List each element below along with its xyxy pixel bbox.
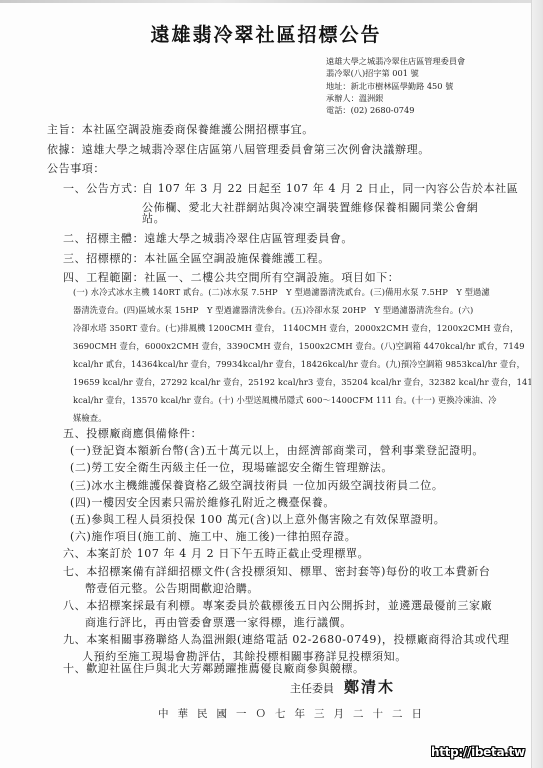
- item-four-detail-5: kcal/hr 貳台，14364kcal/hr 壹台，79934kcal/hr …: [73, 358, 525, 370]
- item-four-detail-3: 冷卻水塔 350RT 壹台。(七)排風機 1200CMH 壹台， 1140CMH…: [73, 322, 519, 334]
- document-date: 中華民國一Ｏ七年三月二十二日: [158, 706, 431, 721]
- subject-line: 主旨：本社區空調設施委商保養維護公開招標事宜。: [47, 121, 314, 137]
- condition-5: (五)參與工程人員須投保 100 萬元(含)以上意外傷害險之有效保單證明。: [70, 511, 445, 527]
- item-eight-line-1: 八、本招標案採最有利標。專案委員於截標後五日內公開拆封，並遴選最優前三家廠: [63, 597, 492, 613]
- item-eight-line-2: 商進行評比，再由管委會票選一家得標，進行議價。: [85, 614, 352, 630]
- item-one-label: 一、公告方式：: [63, 180, 144, 196]
- issuer-doc-number: 翡冷翠(八)招字第 001 號: [326, 67, 465, 79]
- item-four-detail-4: 3690CMH 壹台，6000x2CMH 壹台，3390CMH 壹台，1500x…: [73, 340, 525, 352]
- item-ten: 十、歡迎社區住戶與北大芳鄰踴躍推薦優良廠商參與競標。: [63, 660, 365, 676]
- item-four-detail-2: 器清洗壹台。(四)區域水泵 15HP Y 型過濾器清洗參台。(五)冷卻水泵 20…: [73, 304, 473, 316]
- item-six: 六、本案訂於 107 年 4 月 2 日下午五時正截止受理標單。: [63, 545, 369, 561]
- signature-name: 鄭清木: [344, 678, 395, 696]
- item-five: 五、投標廠商應俱備條件：: [63, 425, 202, 441]
- document-page: 遠雄翡冷翠社區招標公告 遠雄大學之城翡冷翠住店區管理委員會 翡冷翠(八)招字第 …: [0, 0, 532, 768]
- item-one-line-1: 自 107 年 3 月 22 日起至 107 年 4 月 2 日止，同一內容公告…: [142, 180, 518, 196]
- condition-1: (一)登記資本額新台幣(含)五十萬元以上，由經濟部商業司，營利事業登記證明。: [70, 442, 484, 458]
- condition-2: (二)勞工安全衛生丙級主任一位，現場確認安全衛生管理辦法。: [70, 459, 393, 475]
- item-one-line-2: 公佈欄、愛北大社群網站與冷凍空調裝置維修保養相關同業公會網: [142, 199, 478, 215]
- signature-role: 主任委員: [290, 682, 334, 695]
- condition-3: (三)冰水主機維護保養資格乙級空調技術員 一位加丙級空調技術員二位。: [70, 477, 443, 493]
- item-one-line-3: 站。: [142, 210, 165, 226]
- watermark-link: http://ibeta.tw: [431, 745, 525, 759]
- issuer-contact-person: 承辦人：溫洲銀: [326, 92, 465, 104]
- issuer-address: 地址：新北市樹林區學勤路 450 號: [326, 80, 465, 92]
- item-nine-line-1: 九、本案相關事務聯絡人為溫洲銀(連絡電話 02-2680-0749)，投標廠商得…: [63, 631, 510, 647]
- condition-6: (六)施作項目(施工前、施工中、施工後)一律拍照存證。: [70, 528, 356, 544]
- condition-4: (四)一樓因安全因素只需於維修孔附近之機臺保養。: [70, 494, 335, 510]
- signature-block: 主任委員鄭清木: [290, 676, 395, 697]
- item-four-detail-8: 媒檢查。: [73, 412, 107, 424]
- item-seven-line-2: 幣壹佰元整。公告期間歡迎洽購。: [85, 580, 259, 596]
- item-four-detail-1: (一) 水冷式冰水主機 140RT 貳台。(二)冰水泵 7.5HP Y 型過濾器…: [73, 286, 490, 298]
- item-four: 四、工程範圍：社區一、二樓公共空間所有空調設施。項目如下：: [63, 269, 399, 285]
- issuer-organization: 遠雄大學之城翡冷翠住店區管理委員會: [326, 55, 465, 67]
- scan-edge: [0, 0, 543, 3]
- item-seven-line-1: 七、本招標案備有詳細招標文件(含投標須知、標單、密封套等)每份的收工本費新台: [63, 563, 490, 579]
- issuer-block: 遠雄大學之城翡冷翠住店區管理委員會 翡冷翠(八)招字第 001 號 地址：新北市…: [326, 55, 465, 116]
- item-four-detail-7: kcal/hr 壹台，13570 kcal/hr 壹台。(十) 小型送風機吊隱式…: [73, 394, 497, 406]
- notice-heading: 公告事項：: [47, 160, 105, 176]
- item-two: 二、招標主體：遠雄大學之城翡冷翠住店區管理委員會。: [63, 230, 353, 246]
- basis-line: 依據：遠雄大學之城翡冷翠住店區第八屆管理委員會第三次例會決議辦理。: [47, 141, 430, 157]
- document-title: 遠雄翡冷翠社區招標公告: [0, 20, 532, 47]
- scan-right-edge: [531, 0, 543, 768]
- issuer-phone: 電話：(02) 2680-0749: [326, 104, 465, 116]
- item-four-detail-6: 19659 kcal/hr 壹台，27292 kcal/hr 壹台，25192 …: [73, 376, 543, 388]
- item-three: 三、招標標的：本社區全區空調設施保養維護工程。: [63, 250, 330, 266]
